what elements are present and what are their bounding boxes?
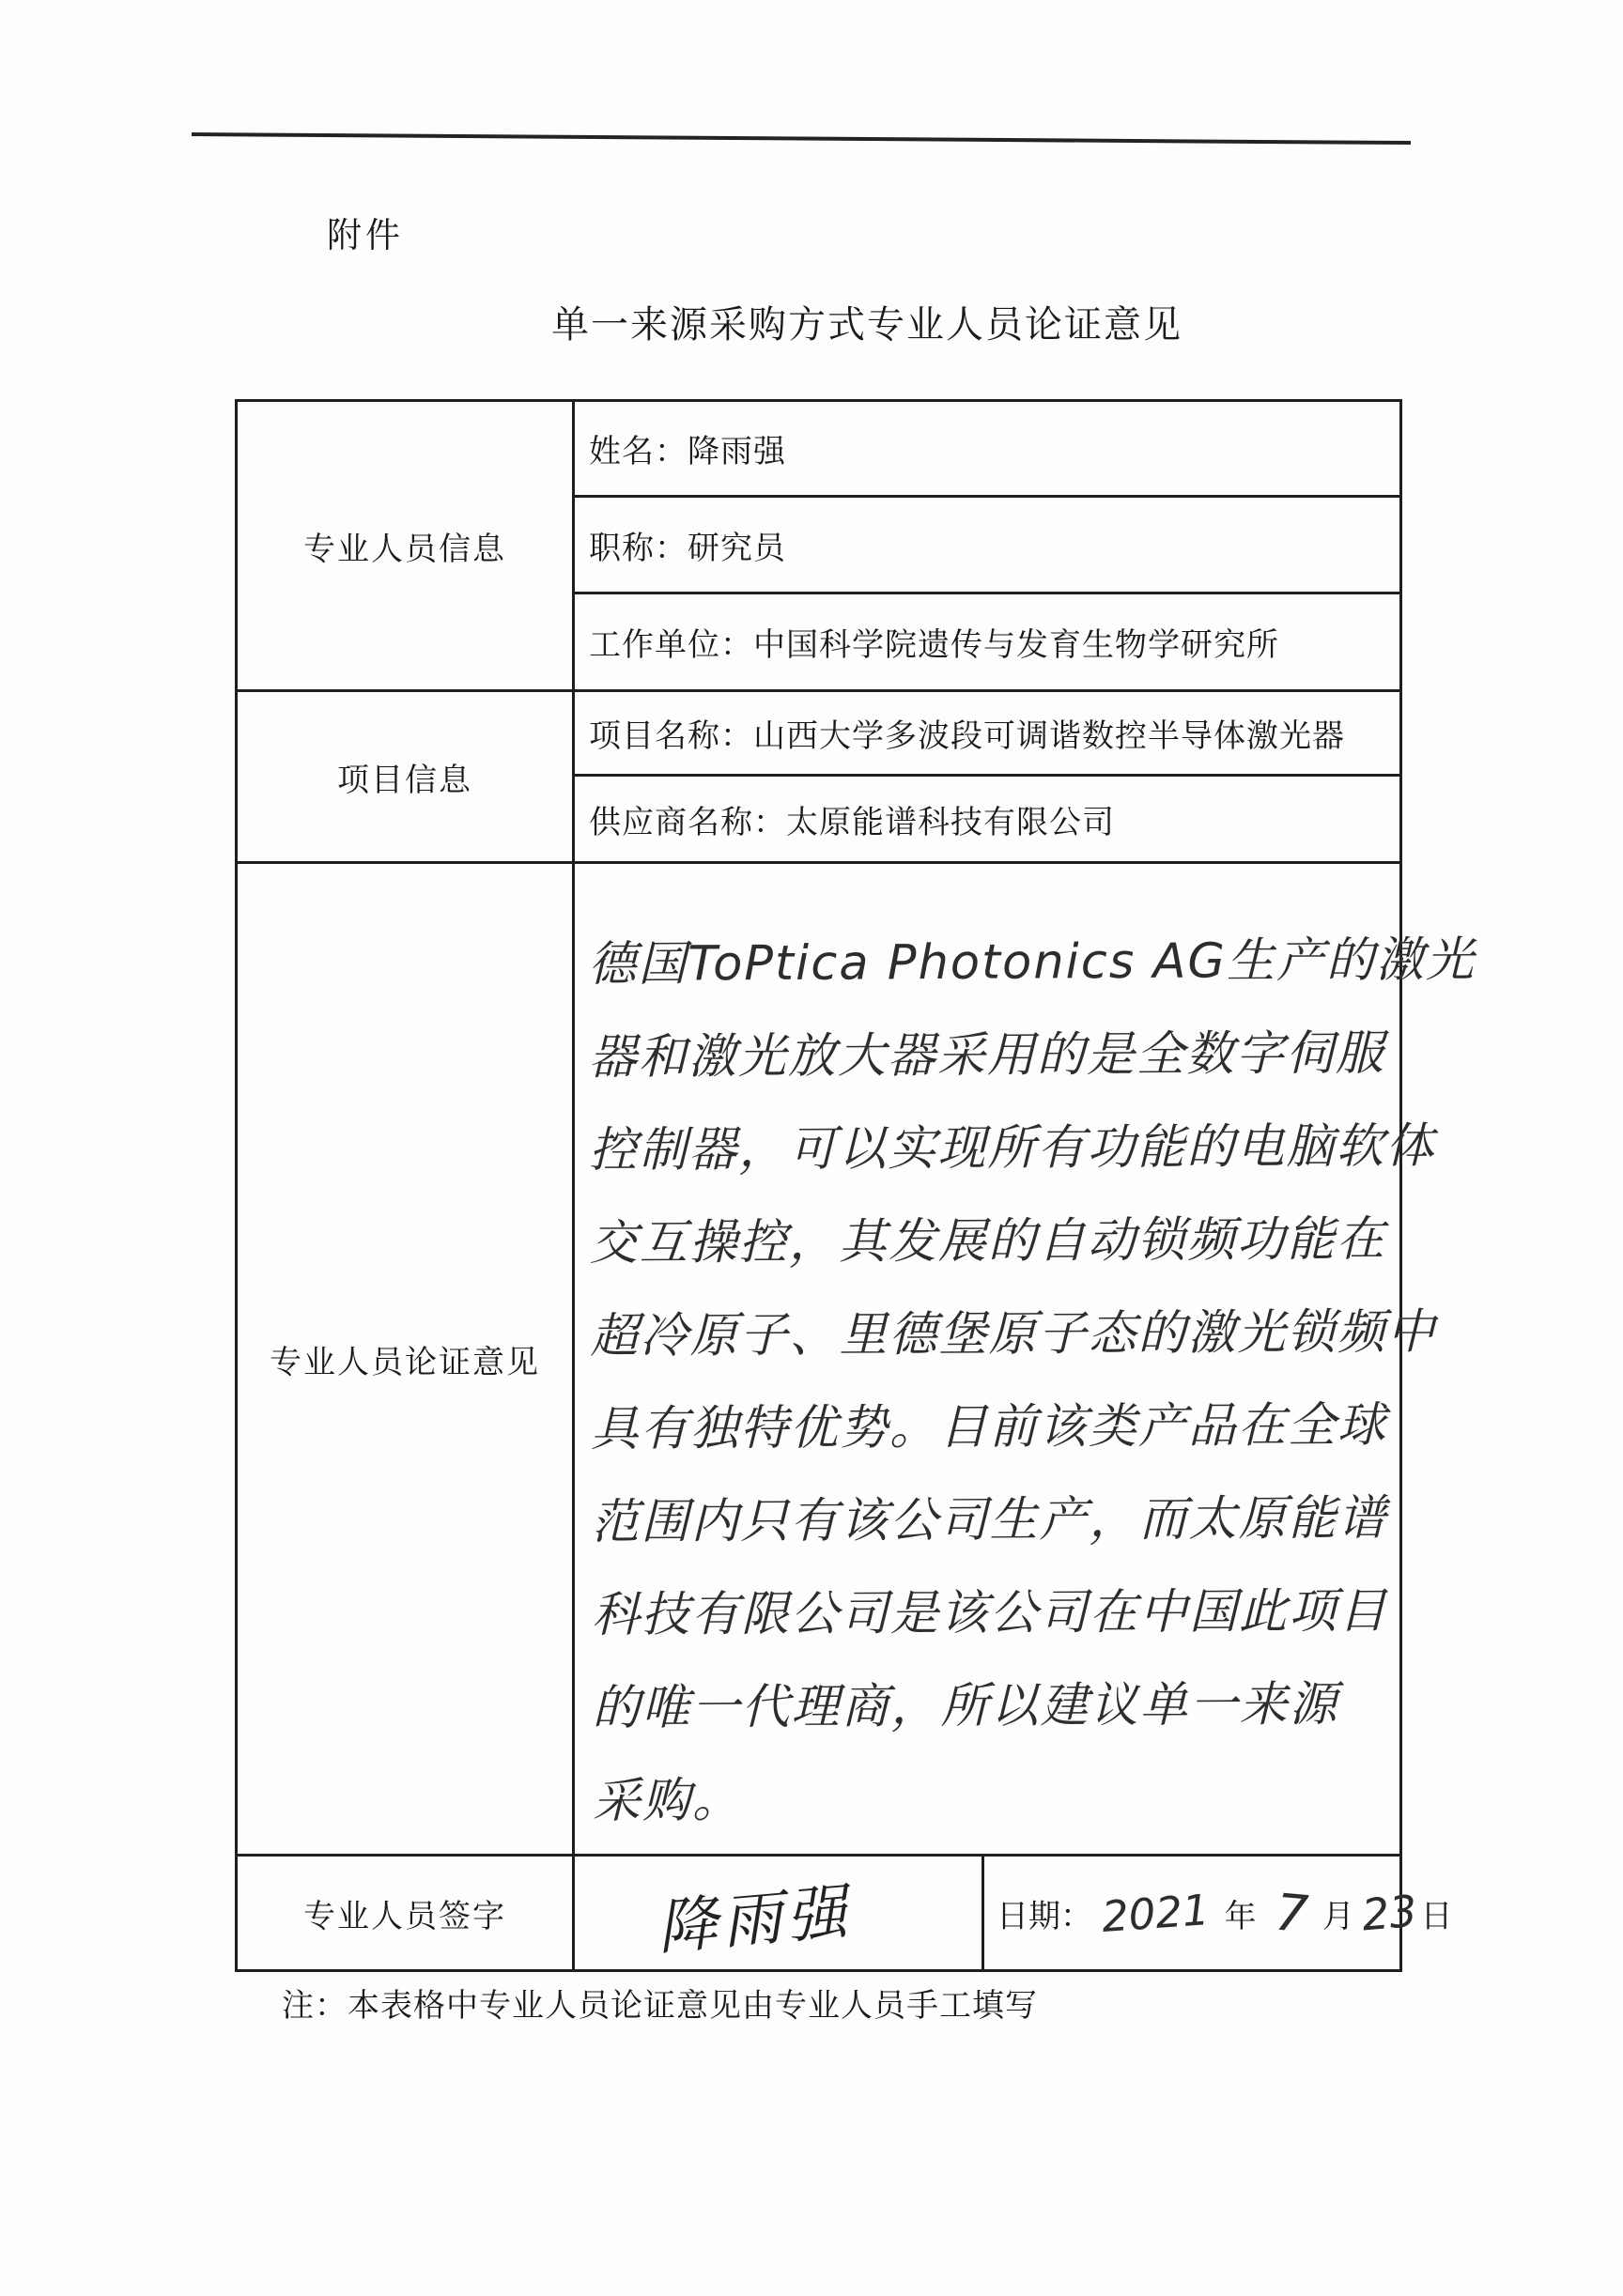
date-cell: 日期： 2021 年 7 月 23 日 [984, 1857, 1399, 1969]
attachment-label: 附件 [327, 207, 404, 257]
handwritten-signature: 降雨强 [653, 1863, 854, 1966]
date-day-handwritten: 23 [1360, 1886, 1419, 1941]
project-supplier-row: 供应商名称：太原能谱科技有限公司 [575, 777, 1399, 864]
project-name-row: 项目名称：山西大学多波段可调谐数控半导体激光器 [575, 692, 1399, 777]
header-rule [192, 132, 1411, 145]
handwritten-opinion: 德国ToPtica Photonics AG生产的激光 器和激光放大器采用的是全… [588, 908, 1480, 1842]
handwriting-line: 超冷原子、里德堡原子态的激光锁频中 [590, 1280, 1477, 1378]
date-prefix: 日期： [997, 1890, 1092, 1936]
signature-cell: 降雨强 [575, 1857, 984, 1969]
footnote: 注：本表格中专业人员论证意见由专业人员手工填写 [282, 1980, 1038, 2026]
handwriting-line: 交互操控，其发展的自动锁频功能在 [590, 1187, 1477, 1285]
handwriting-line: 采购。 [593, 1745, 1480, 1842]
date-month-unit: 月 [1322, 1890, 1354, 1936]
personnel-work-unit-row: 工作单位：中国科学院遗传与发育生物学研究所 [575, 594, 1399, 692]
handwriting-line: 器和激光放大器采用的是全数字伺服 [589, 1001, 1476, 1099]
date-year-handwritten: 2021 [1100, 1885, 1211, 1942]
handwriting-line: 范围内只有该公司生产，而太原能谱 [591, 1466, 1478, 1564]
date-day-unit: 日 [1420, 1890, 1452, 1936]
personnel-section-label: 专业人员信息 [238, 402, 575, 692]
personnel-job-title-row: 职称：研究员 [575, 498, 1399, 594]
date-year-unit: 年 [1225, 1890, 1257, 1936]
handwriting-line: 的唯一代理商，所以建议单一来源 [592, 1652, 1479, 1749]
opinion-section-label: 专业人员论证意见 [238, 864, 575, 1857]
project-section-label: 项目信息 [238, 692, 575, 864]
opinion-content-cell: 德国ToPtica Photonics AG生产的激光 器和激光放大器采用的是全… [575, 864, 1399, 1857]
handwriting-line: 控制器，可以实现所有功能的电脑软体 [589, 1094, 1476, 1192]
date-month-handwritten: 7 [1273, 1882, 1310, 1944]
handwriting-line: 具有独特优势。目前该类产品在全球 [591, 1373, 1478, 1471]
handwriting-line: 德国ToPtica Photonics AG生产的激光 [588, 908, 1476, 1006]
opinion-form-table: 专业人员信息 姓名：降雨强 职称：研究员 工作单位：中国科学院遗传与发育生物学研… [235, 399, 1402, 1972]
personnel-name-row: 姓名：降雨强 [575, 402, 1399, 498]
scanned-document-page: 附件 单一来源采购方式专业人员论证意见 专业人员信息 姓名：降雨强 职称：研究员… [0, 0, 1623, 2296]
handwriting-line: 科技有限公司是该公司在中国此项目 [592, 1559, 1479, 1657]
signature-section-label: 专业人员签字 [238, 1857, 575, 1969]
page-title: 单一来源采购方式专业人员论证意见 [551, 295, 1182, 348]
